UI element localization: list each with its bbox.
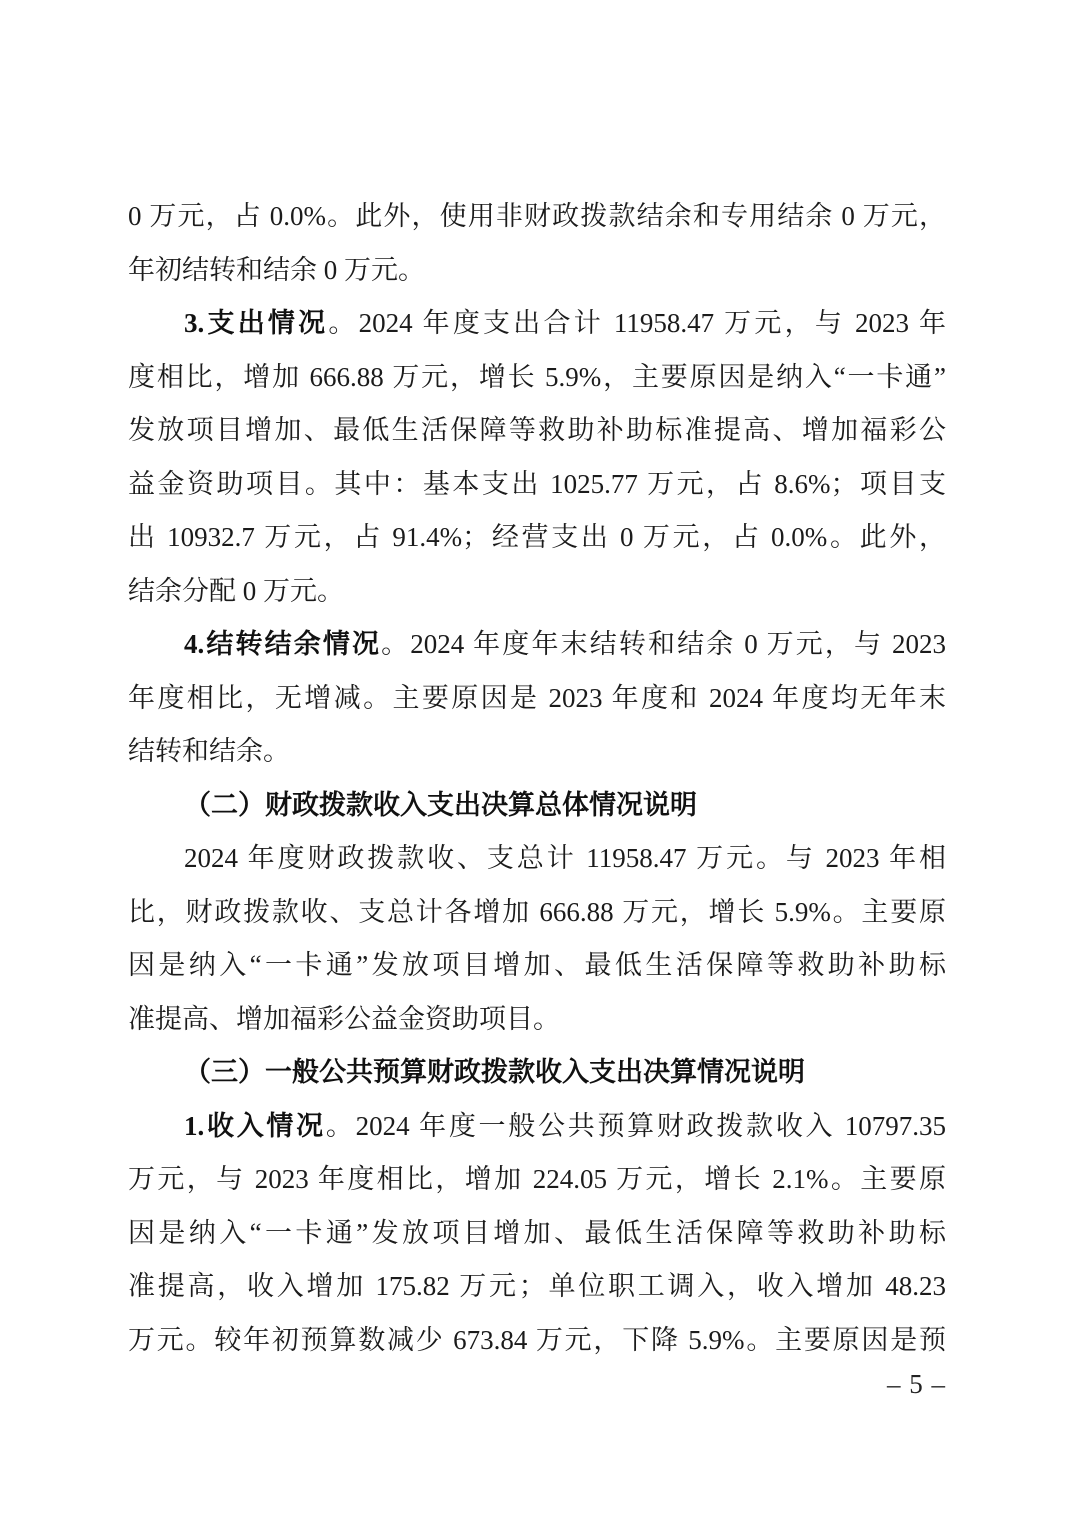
body-text: 准提高、增加福彩公益金资助项目。 bbox=[128, 1004, 560, 1034]
text-line: 万元。较年初预算数减少 673.84 万元，下降 5.9%。主要原因是预 bbox=[128, 1314, 946, 1368]
text-line: 因是纳入“一卡通”发放项目增加、最低生活保障等救助补助标 bbox=[128, 939, 946, 993]
text-line: 度相比，增加 666.88 万元，增长 5.9%，主要原因是纳入“一卡通” bbox=[128, 351, 946, 405]
body-text: 2024 年度财政拨款收、支总计 11958.47 万元。与 2023 年相 bbox=[184, 843, 946, 873]
bold-run: 3.支出情况 bbox=[184, 308, 328, 338]
body-text: 。2024 年度年末结转和结余 0 万元，与 2023 bbox=[381, 629, 946, 659]
text-line: 年度相比，无增减。主要原因是 2023 年度和 2024 年度均无年末 bbox=[128, 672, 946, 726]
body-text: 结转和结余。 bbox=[128, 736, 290, 766]
text-line: 0 万元，占 0.0%。此外，使用非财政拨款结余和专用结余 0 万元， bbox=[128, 190, 946, 244]
body-text: 出 10932.7 万元，占 91.4%；经营支出 0 万元，占 0.0%。此外… bbox=[128, 522, 946, 552]
text-line: 年初结转和结余 0 万元。 bbox=[128, 244, 946, 298]
section-heading: （三）一般公共预算财政拨款收入支出决算情况说明 bbox=[128, 1046, 946, 1100]
body-text: 度相比，增加 666.88 万元，增长 5.9%，主要原因是纳入“一卡通” bbox=[128, 362, 946, 392]
bold-run: 1.收入情况 bbox=[184, 1111, 326, 1141]
body-text: 0 万元，占 0.0%。此外，使用非财政拨款结余和专用结余 0 万元， bbox=[128, 201, 946, 231]
body-text: 年初结转和结余 0 万元。 bbox=[128, 255, 425, 285]
body-text: 发放项目增加、最低生活保障等救助补助标准提高、增加福彩公 bbox=[128, 415, 946, 445]
text-line: 4.结转结余情况。2024 年度年末结转和结余 0 万元，与 2023 bbox=[128, 618, 946, 672]
body-text: 因是纳入“一卡通”发放项目增加、最低生活保障等救助补助标 bbox=[128, 1218, 946, 1248]
text-line: 出 10932.7 万元，占 91.4%；经营支出 0 万元，占 0.0%。此外… bbox=[128, 511, 946, 565]
body-text: 。2024 年度一般公共预算财政拨款收入 10797.35 bbox=[326, 1111, 946, 1141]
text-line: 万元，与 2023 年度相比，增加 224.05 万元，增长 2.1%。主要原 bbox=[128, 1153, 946, 1207]
text-line: 2024 年度财政拨款收、支总计 11958.47 万元。与 2023 年相 bbox=[128, 832, 946, 886]
text-line: 发放项目增加、最低生活保障等救助补助标准提高、增加福彩公 bbox=[128, 404, 946, 458]
text-line: 因是纳入“一卡通”发放项目增加、最低生活保障等救助补助标 bbox=[128, 1207, 946, 1261]
section-heading: （二）财政拨款收入支出决算总体情况说明 bbox=[128, 779, 946, 833]
heading-text: （三）一般公共预算财政拨款收入支出决算情况说明 bbox=[184, 1057, 805, 1087]
body-text: 准提高，收入增加 175.82 万元；单位职工调入，收入增加 48.23 bbox=[128, 1271, 946, 1301]
body-text: 因是纳入“一卡通”发放项目增加、最低生活保障等救助补助标 bbox=[128, 950, 946, 980]
text-line: 准提高，收入增加 175.82 万元；单位职工调入，收入增加 48.23 bbox=[128, 1260, 946, 1314]
bold-run: 4.结转结余情况 bbox=[184, 629, 381, 659]
body-text: 万元，与 2023 年度相比，增加 224.05 万元，增长 2.1%。主要原 bbox=[128, 1164, 946, 1194]
text-line: 结余分配 0 万元。 bbox=[128, 565, 946, 619]
body-text: 比，财政拨款收、支总计各增加 666.88 万元，增长 5.9%。主要原 bbox=[128, 897, 946, 927]
text-line: 3.支出情况。2024 年度支出合计 11958.47 万元，与 2023 年 bbox=[128, 297, 946, 351]
page-number: – 5 – bbox=[887, 1369, 946, 1399]
heading-text: （二）财政拨款收入支出决算总体情况说明 bbox=[184, 790, 697, 820]
text-line: 结转和结余。 bbox=[128, 725, 946, 779]
document-page: 0 万元，占 0.0%。此外，使用非财政拨款结余和专用结余 0 万元，年初结转和… bbox=[0, 0, 1074, 1520]
text-line: 益金资助项目。其中：基本支出 1025.77 万元，占 8.6%；项目支 bbox=[128, 458, 946, 512]
body-text: 。2024 年度支出合计 11958.47 万元，与 2023 年 bbox=[328, 308, 946, 338]
body-text: 结余分配 0 万元。 bbox=[128, 576, 344, 606]
body-text: 万元。较年初预算数减少 673.84 万元，下降 5.9%。主要原因是预 bbox=[128, 1325, 946, 1355]
body-text: 益金资助项目。其中：基本支出 1025.77 万元，占 8.6%；项目支 bbox=[128, 469, 946, 499]
text-line: 准提高、增加福彩公益金资助项目。 bbox=[128, 993, 946, 1047]
body-text: 年度相比，无增减。主要原因是 2023 年度和 2024 年度均无年末 bbox=[128, 683, 946, 713]
document-body: 0 万元，占 0.0%。此外，使用非财政拨款结余和专用结余 0 万元，年初结转和… bbox=[128, 190, 946, 1367]
text-line: 1.收入情况。2024 年度一般公共预算财政拨款收入 10797.35 bbox=[128, 1100, 946, 1154]
text-line: 比，财政拨款收、支总计各增加 666.88 万元，增长 5.9%。主要原 bbox=[128, 886, 946, 940]
